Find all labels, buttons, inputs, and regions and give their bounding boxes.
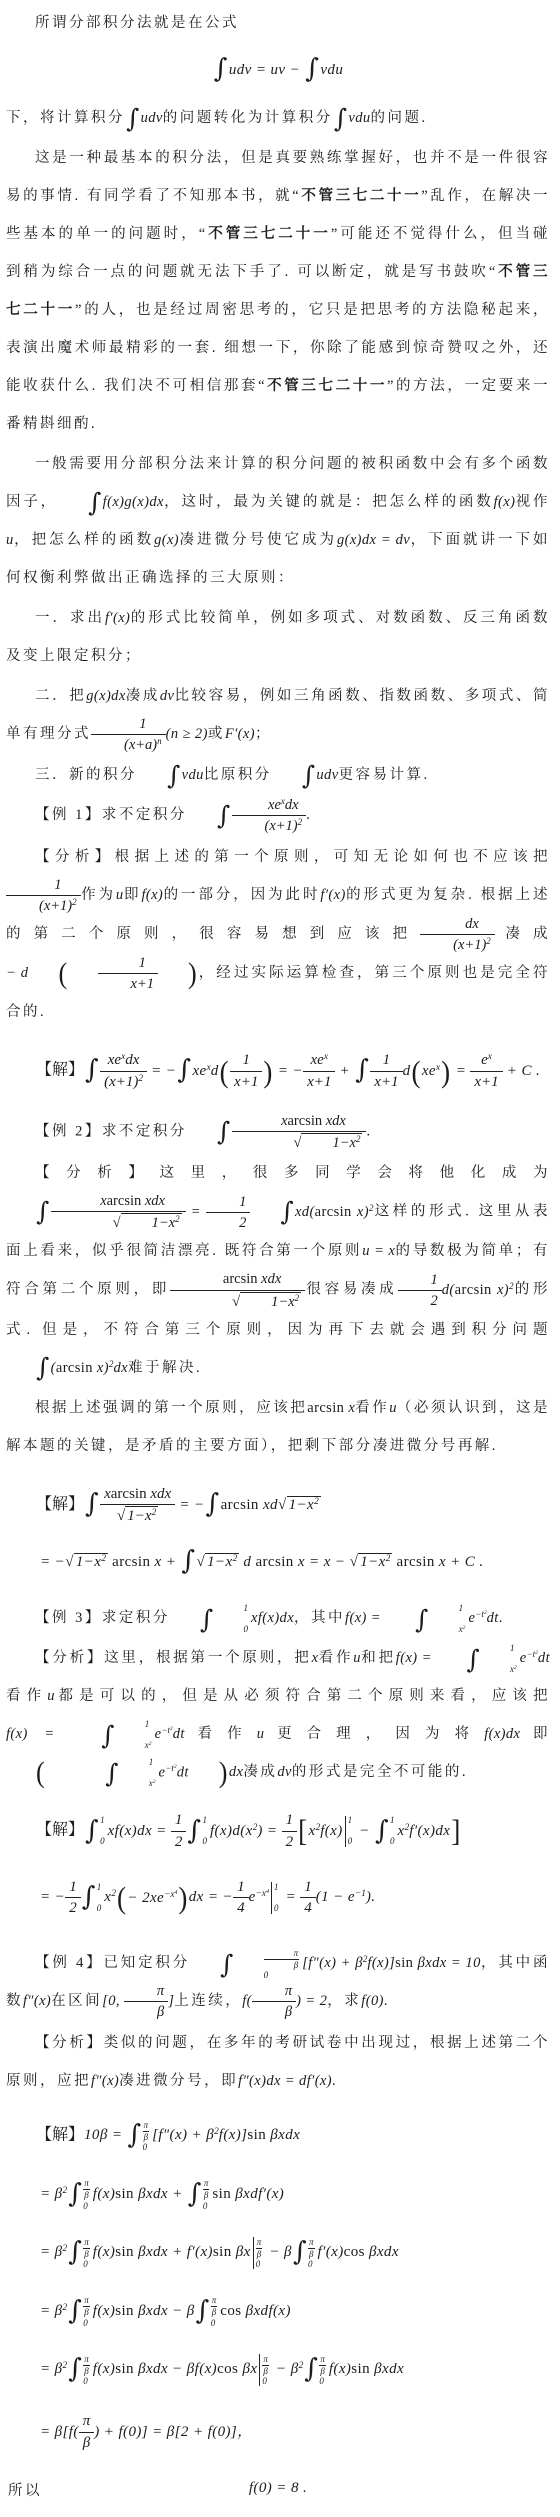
numerator: π [143, 2120, 150, 2132]
math-text: f(x) [93, 2186, 115, 2202]
integral-sign: ∫ [67, 2242, 83, 2263]
math-text: 1−x [332, 1135, 355, 1151]
math-text: 1 [431, 1272, 438, 1288]
math-text: d [211, 1063, 219, 1079]
math-text: βxdx [370, 2361, 404, 2377]
text: 【例 3】求定积分 [35, 1610, 170, 1626]
text: 【解】 [36, 1496, 84, 1513]
integral-limits: πβ0 [256, 2237, 263, 2270]
definite-integral: ∫10 [81, 1883, 105, 1913]
upper-limit: 1 [274, 1883, 279, 1892]
superscript: 2 [463, 1625, 466, 1631]
square-root: √1−x2 [117, 1506, 158, 1526]
upright-text: arcsin [397, 1554, 435, 1570]
fraction: 1(x+a)n [91, 715, 166, 754]
math-text: 1−x [152, 1215, 175, 1231]
math-text: 1−x [271, 1294, 294, 1310]
math-text: d [403, 1063, 411, 1079]
math-text: xe [192, 1063, 206, 1079]
formula: ∫(arcsin x)2dx [6, 1360, 128, 1376]
math-text: xf(x)dx [251, 1610, 294, 1626]
text: 凑成 [126, 688, 160, 704]
text: 更容易计算. [339, 767, 430, 783]
formula: (∫1x2e−t2dt)dx [6, 1764, 243, 1780]
math-text: 1 [286, 1812, 294, 1828]
big-delimiters: (xex) [410, 1063, 451, 1080]
math-text: π [320, 2354, 325, 2364]
upright-text: sin [213, 2244, 232, 2260]
math-text: f(x)dx [484, 1726, 520, 1742]
integral-sign: ∫ [137, 765, 182, 785]
math-text: = β [40, 2303, 63, 2319]
math-text: u [353, 1650, 361, 1666]
text: 的形式是完全不可能的. [292, 1764, 468, 1780]
radicand: 1−x2 [74, 1553, 108, 1571]
para-intro: 所谓分部积分法就是在公式 [6, 4, 550, 42]
formula: u = x [362, 1243, 395, 1259]
math-text: f″(x)dx = df′(x) [238, 2073, 332, 2089]
integral-limits: πβ0 [83, 2237, 90, 2270]
fraction: πβ [203, 2178, 210, 2202]
superscript: −t2 [161, 1725, 172, 1735]
numerator: 1 [171, 1811, 187, 1832]
example-3-solution-line-1: 【解】∫10xf(x)dx = 12∫10f(x)d(x2) = 12[x2f(… [36, 1811, 550, 1852]
denominator: (x+a)n [91, 735, 166, 754]
integral-sign: ∫ [67, 2301, 83, 2322]
math-text: π [144, 2120, 149, 2130]
fraction: πβ [252, 1982, 296, 2021]
text: 作为 [81, 887, 116, 903]
math-text: f(x) [329, 2361, 351, 2377]
math-text: d( [442, 1282, 455, 1298]
text: 比原积分 [204, 767, 272, 783]
formula: arcsin xdx√1−x2 [170, 1282, 305, 1298]
math-text: 2 [72, 897, 77, 907]
example-4-analysis: 【分析】类似的问题，在多年的考研试卷中出现过，根据上述第二个原则，应把f″(x)… [6, 2024, 550, 2100]
lower-limit: 0 [83, 2377, 90, 2386]
math-text: f(x) = [396, 1650, 437, 1666]
integral-limits: πβ0 [203, 2178, 210, 2211]
formula: g(x) [154, 532, 179, 548]
fraction: πβ [143, 2120, 150, 2144]
math-text: x = x − [294, 1554, 350, 1570]
text: 凑成 [495, 926, 550, 942]
math-text: 1−x [360, 1554, 385, 1570]
numerator: xarcsin xdx [100, 1485, 175, 1506]
math-text: arcsin [288, 1113, 323, 1129]
text: 所谓分部积分法就是在公式 [35, 15, 239, 31]
formula: ∫xexdx(x+1)2 = −∫xexd(1x+1) = −xexx+1 + … [84, 1063, 540, 1079]
formula: ∫vdu [333, 110, 371, 126]
integral-sign: ∫ [187, 1121, 232, 1141]
math-text: π [84, 2237, 89, 2247]
integral-sign: ∫ [354, 1060, 370, 1081]
math-text: d [239, 1554, 255, 1570]
integral-limits: 1x2 [430, 1604, 466, 1634]
math-text: 2 [286, 1834, 294, 1850]
definite-integral: ∫πβ0 [195, 2295, 221, 2328]
definite-integral: ∫πβ0 [67, 2354, 93, 2387]
lower-limit: 0 [100, 1837, 105, 1846]
math-text: sin [115, 2303, 134, 2319]
superscript: 2 [314, 1497, 319, 1507]
math-text: 2 [239, 1215, 246, 1231]
vertical-bar [271, 1882, 272, 1914]
text: 更合理，因为将 [264, 1726, 484, 1742]
formula: dv [277, 1764, 292, 1780]
radical-sign: √ [117, 1508, 125, 1524]
text: 二．把 [35, 688, 86, 704]
math-text: arcsin [455, 1282, 492, 1298]
math-text: β [285, 2004, 292, 2020]
formula: u [353, 1650, 361, 1666]
math-text: arcsin [221, 1497, 259, 1513]
formula: ∫xarcsin xdx√1−x2 = −∫arcsin xd√1−x2 [84, 1497, 321, 1513]
upright-text: arcsin [56, 1360, 93, 1376]
numerator: π [256, 2237, 263, 2249]
math-text: 1 [274, 1882, 279, 1892]
denominator: x+1 [370, 1072, 402, 1092]
text: 【例 4】已知定积分 [35, 1955, 190, 1971]
radicand: 1−x2 [121, 1213, 182, 1232]
radicand: 1−x2 [125, 1506, 158, 1526]
math-text: 0 [83, 2201, 88, 2211]
upper-limit: πβ [308, 2237, 315, 2261]
math-text: (x+1) [265, 818, 298, 834]
math-text: arcsin [111, 1486, 147, 1502]
upright-text: cos [220, 2303, 241, 2319]
upper-limit: 1 [100, 1816, 105, 1825]
square-root: √1−x2 [203, 1292, 301, 1311]
formula: ∫πβ0[f″(x) + β2f(x)]sin βxdx = 10 [190, 1955, 481, 1971]
math-text: −t [165, 1763, 174, 1773]
upright-text: sin [115, 2186, 134, 2202]
integral-sign: ∫ [374, 1821, 390, 1842]
fraction: πβ [83, 2178, 90, 2202]
integral-limits: 10 [348, 1816, 353, 1846]
math-text: −t [161, 1725, 170, 1735]
math-text: βxdx [266, 2127, 300, 2143]
math-text: vdu [348, 110, 370, 126]
formula: = β2∫πβ0f(x)sin βxdx + ∫πβ0sin βxdf′(x) [40, 2186, 284, 2202]
formula: ∫udv = uv − ∫vdu [213, 62, 343, 78]
math-text: βxdx − βf(x) [134, 2361, 217, 2377]
integral-sign: ∫ [84, 1821, 100, 1842]
upright-text: sin [395, 1955, 413, 1971]
text: . [499, 1610, 505, 1626]
math-text: arcsin [112, 1554, 150, 1570]
math-text: u [389, 1400, 397, 1416]
formula: f(0) = 8 . [249, 2480, 307, 2496]
math-text: x [324, 1052, 328, 1062]
math-text: arcsin [307, 1400, 344, 1416]
math-text: 1 [202, 1815, 207, 1825]
lower-limit: 0 [215, 1625, 249, 1634]
math-text: βxdx + [134, 2186, 187, 2202]
lower-limit: 0 [235, 1971, 300, 1980]
upper-limit: πβ [83, 2354, 90, 2378]
integral-sign: ∫ [67, 2359, 83, 2380]
example-4-solution-line-3: = β2∫πβ0f(x)sin βxdx + f′(x)sin βxπβ0 − … [40, 2237, 550, 2270]
definite-integral: ∫1x2 [436, 1644, 519, 1674]
denominator: x+1 [230, 1072, 262, 1092]
numerator: 1 [91, 715, 166, 735]
radicand: 1−x2 [301, 1133, 362, 1152]
math-text: (n ≥ 2) [166, 726, 208, 742]
math-text: sin [351, 2361, 370, 2377]
lower-limit: 0 [319, 2377, 326, 2386]
math-text: π [157, 1983, 164, 1999]
integral-sign: ∫ [187, 2184, 203, 2205]
math-text: β [263, 2366, 267, 2376]
square-root: √1−x2 [278, 1496, 321, 1514]
math-text: x+1 [474, 1074, 498, 1090]
math-text: f(x)g(x)dx [103, 494, 164, 510]
integral-limits: πβ0 [319, 2354, 326, 2387]
math-text: ) + f(0)] = β[2 + f(0)]， [94, 2424, 252, 2440]
lower-limit: 0 [83, 2260, 90, 2269]
math-text: = − [40, 1889, 65, 1905]
example-2-analysis: 【分析】这里，很多同学会将他化成为∫xarcsin xdx√1−x2 = 12∫… [6, 1154, 550, 1387]
math-text: βx [232, 2244, 251, 2260]
integral-limits: πβ0 [143, 2120, 150, 2153]
definite-integral: ∫1x2 [385, 1604, 468, 1634]
upright-text: arcsin [221, 1497, 259, 1513]
big-delimiters: (∫1x2e−t2dt) [6, 1758, 229, 1788]
text: 【分析】根据上述的第一个原则，可知无论如何也不应该把 [35, 849, 550, 865]
numerator: π [83, 2237, 90, 2249]
upright-text: arcsin [307, 1400, 344, 1416]
fraction: arcsin xdx√1−x2 [170, 1270, 305, 1310]
math-text: xe [422, 1063, 436, 1079]
integral-limits: πβ0 [83, 2178, 90, 2211]
math-text: − d [6, 965, 28, 981]
math-text: ) = [257, 1823, 281, 1839]
math-text: 2 [138, 1074, 143, 1084]
delimited-content: 1x+1 [230, 1051, 262, 1092]
example-2-analysis-2: 根据上述强调的第一个原则，应该把arcsin x看作u（必须认识到，这是解本题的… [6, 1389, 550, 1465]
math-text: = [452, 1063, 471, 1079]
formula: f(x) [141, 887, 163, 903]
big-delimiters: [x2f(x)10 − ∫10x2f′(x)dx] [297, 1816, 462, 1848]
formula: ∫10xf(x)dx = 12∫10f(x)d(x2) = 12[x2f(x)1… [84, 1823, 462, 1839]
text: 的问题. [371, 110, 428, 126]
math-text: x [398, 1823, 405, 1839]
math-text: 1 [459, 1603, 464, 1613]
math-text: x [344, 1400, 355, 1416]
math-text: f′(x)dx [409, 1823, 450, 1839]
delimited-content: xex [422, 1063, 440, 1080]
math-text: 2 [152, 1508, 157, 1518]
math-text: βxdf(x) [241, 2303, 290, 2319]
fraction: 1x+1 [370, 1051, 402, 1092]
math-text: 1 [54, 877, 61, 893]
math-text: sin [213, 2244, 232, 2260]
math-text: x+1 [234, 1074, 258, 1090]
upright-text: sin [212, 2186, 231, 2202]
math-text: arcsin [315, 1204, 352, 1220]
text: ，这时，最为关键的就是：把怎么样的函数 [164, 494, 494, 510]
formula: 12d(arcsin x)2 [398, 1282, 514, 1298]
integral-sign: ∫ [71, 1725, 116, 1745]
math-text: dt [487, 1610, 499, 1626]
math-text: xe [268, 797, 281, 813]
text: ，把怎么样的函数 [14, 532, 154, 548]
integral-sign: ∫ [6, 1201, 51, 1221]
delimited-content: x2f(x)10 − ∫10x2f′(x)dx [309, 1816, 451, 1848]
text: 即 [124, 887, 142, 903]
numerator: π [203, 2178, 210, 2190]
numerator: xarcsin xdx [232, 1112, 367, 1132]
integral-sign: ∫ [127, 2125, 143, 2146]
math-text: 0 [143, 2142, 148, 2152]
numerator: 1 [282, 1811, 298, 1832]
math-text: 2 [233, 1554, 238, 1564]
denominator: β [252, 2002, 296, 2021]
integral-sign: ∫ [250, 1201, 295, 1221]
numerator: π [124, 1982, 168, 2002]
math-text: x [436, 1063, 440, 1073]
math-text: 0 [348, 1836, 353, 1846]
bold-text: 不管三七二十一 [208, 226, 331, 242]
math-text: 4 [266, 1889, 269, 1895]
math-text: 2 [431, 1293, 438, 1309]
integral-sign: ∫ [58, 492, 103, 512]
math-text: 1 [244, 1603, 249, 1613]
math-text: π [204, 2178, 209, 2188]
math-text: βxdx − β [134, 2303, 195, 2319]
math-text: f(x) = [345, 1610, 385, 1626]
delimited-content: − 2xe−x4 [127, 1890, 177, 1907]
math-text: 0 [83, 2376, 88, 2386]
text: 【解】 [36, 1062, 84, 1079]
example-3-problem: 【例 3】求定积分∫10xf(x)dx，其中f(x) = ∫1x2e−t2dt. [6, 1599, 550, 1637]
math-text: ). [366, 1889, 376, 1905]
math-text: −1 [355, 1889, 366, 1899]
integral-limits: 10 [202, 1816, 207, 1846]
big-delimiters: (1x+1) [219, 1051, 274, 1092]
upright-text: sin [247, 2127, 266, 2143]
superscript: 2 [175, 1214, 180, 1224]
upright-text: sin [351, 2361, 370, 2377]
lower-limit: 0 [97, 1904, 102, 1913]
formula: f(x) = ∫1x2e−t2dt [345, 1610, 499, 1626]
superscript: 2 [233, 1554, 238, 1564]
integral-limits: πβ0 [235, 1948, 300, 1981]
math-text: dx = − [189, 1889, 233, 1905]
denominator: β [264, 1960, 300, 1971]
math-text: βx [238, 2361, 257, 2377]
upper-limit: 1 [481, 1644, 517, 1653]
fraction: πβ [124, 1982, 168, 2021]
lower-limit: 0 [390, 1837, 395, 1846]
integral-limits: 10 [215, 1604, 249, 1634]
evaluation-bar: 10 [344, 1816, 356, 1848]
upright-text: arcsin [107, 1193, 142, 1209]
upright-text: arcsin [255, 1554, 293, 1570]
math-text: 1 [139, 716, 146, 732]
denominator: 2 [282, 1832, 298, 1852]
upper-limit: 1 [215, 1604, 249, 1613]
integral-sign: ∫ [385, 1609, 430, 1629]
fraction: 12 [282, 1811, 298, 1852]
denominator: x+1 [98, 974, 158, 993]
math-text: [f″(x) + β [302, 1955, 363, 1971]
math-text: 1 [145, 1719, 150, 1729]
lower-limit: 0 [202, 1837, 207, 1846]
formula: = −12∫10x2(− 2xe−x4)dx = −14e−x410 = 14(… [40, 1889, 375, 1905]
math-text: 2 [149, 1741, 152, 1747]
upper-limit: πβ [83, 2237, 90, 2261]
upper-limit: πβ [203, 2178, 210, 2202]
definite-integral: ∫10 [170, 1604, 251, 1634]
formula: f″(x) [23, 1993, 51, 2009]
radical-sign: √ [196, 1554, 205, 1570]
math-text: 2 [314, 1497, 319, 1507]
denominator: (x+1)2 [100, 1072, 147, 1092]
math-text: udv = uv − [229, 62, 304, 78]
definite-integral: ∫πβ0 [127, 2120, 153, 2153]
text: 【分析】这里，根据第一个原则，把 [35, 1650, 312, 1666]
upper-limit: 1 [390, 1816, 395, 1825]
fraction: xarcsin xdx√1−x2 [232, 1112, 367, 1152]
fraction: 12 [171, 1811, 187, 1852]
math-text: = − [175, 1497, 204, 1513]
math-text: xdx [322, 1113, 346, 1129]
formula: u [116, 887, 124, 903]
lower-limit: x2 [481, 1665, 517, 1674]
numerator: xexdx [232, 796, 307, 816]
math-text: udv [316, 767, 338, 783]
math-text: − β [272, 2361, 299, 2377]
example-4-solution-line-2: = β2∫πβ0f(x)sin βxdx + ∫πβ0sin βxdf′(x) [40, 2178, 550, 2211]
fraction: xexx+1 [303, 1051, 335, 1092]
math-text: u [116, 887, 124, 903]
numerator: π [252, 1982, 296, 2002]
math-text: x [488, 1052, 492, 1062]
math-text: f(x) [320, 1823, 342, 1839]
denominator: √1−x2 [170, 1291, 305, 1311]
math-text: n [157, 736, 162, 746]
lower-limit: 0 [308, 2260, 315, 2269]
denominator: √1−x2 [51, 1212, 186, 1232]
superscript: 2 [138, 1074, 143, 1084]
denominator: √1−x2 [232, 1132, 367, 1152]
math-text: g(x) [154, 532, 179, 548]
math-text: 2 [514, 1665, 517, 1671]
principle-3: 三．新的积分∫vdu比原积分∫udv更容易计算. [6, 756, 550, 794]
upright-text: sin [115, 2361, 134, 2377]
math-text: xdx [141, 1193, 165, 1209]
upper-limit: 1 [348, 1816, 353, 1825]
math-text: = β [40, 2244, 63, 2260]
numerator: π [79, 2412, 95, 2433]
text: 看作 [355, 1400, 389, 1416]
text: . [332, 2073, 338, 2089]
example-3-analysis: 【分析】这里，根据第一个原则，把x看作u和把f(x) = ∫1x2e−t2dt看… [6, 1639, 550, 1791]
formula: − d(1x+1) [6, 965, 198, 981]
math-text: π [285, 1983, 292, 1999]
text: 都是可以的，但是从必须符合第二个原则来看，应该把 [55, 1688, 550, 1704]
superscript: 2 [149, 1741, 152, 1747]
math-text: = − [274, 1063, 303, 1079]
radical-sign: √ [65, 1554, 74, 1570]
upper-limit: 1 [430, 1604, 466, 1613]
math-text: π [294, 1948, 299, 1958]
definite-integral: ∫10 [84, 1816, 108, 1846]
integral-limits: 10 [274, 1883, 279, 1913]
math-text: arcsin [223, 1271, 258, 1287]
